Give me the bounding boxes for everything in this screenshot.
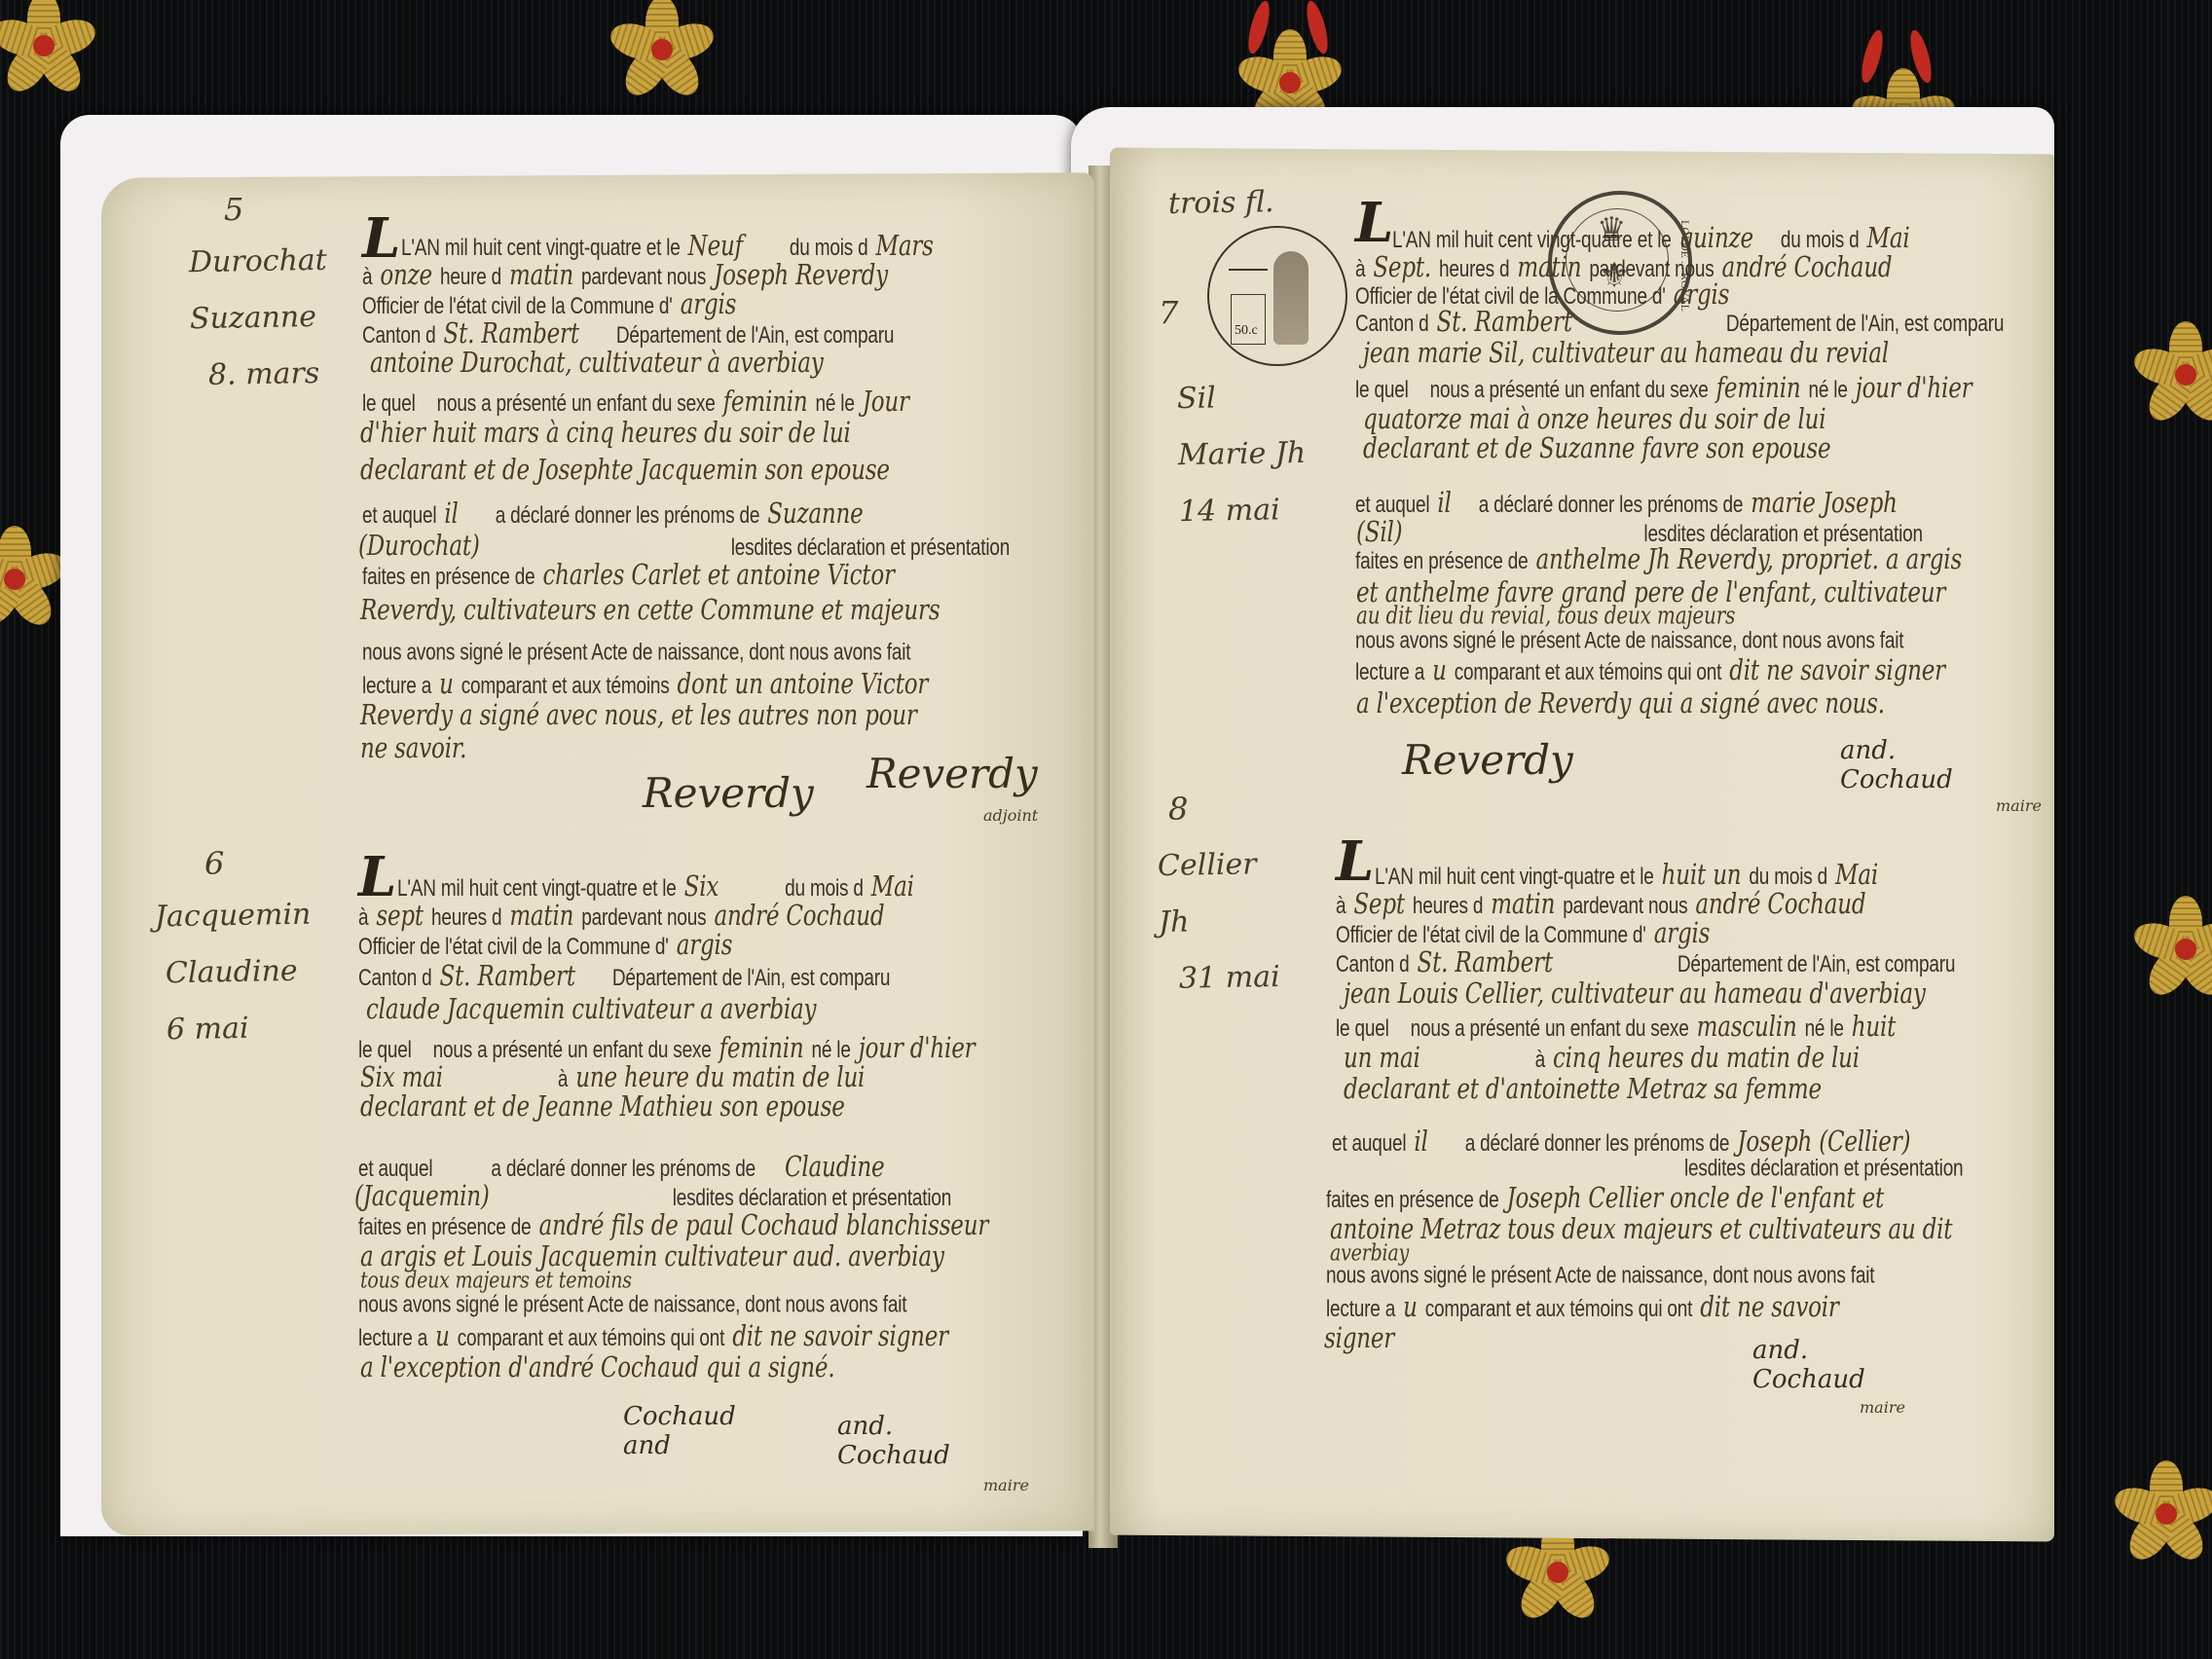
flower-decoration (2132, 896, 2212, 1003)
margin-date: 31 mai (1160, 949, 1281, 1008)
text-line: nous avons signé le présent Acte de nais… (362, 640, 910, 667)
text-line: lesdites déclaration et présentation (1684, 1156, 1963, 1183)
margin-firstname: Marie Jh (1178, 425, 1307, 484)
text-line: L'AN mil huit cent vingt-quatre et leSix… (397, 871, 922, 903)
text-line: nous avons signé le présent Acte de nais… (1355, 628, 1903, 655)
text-line: nous avons signé le présent Acte de nais… (358, 1292, 906, 1319)
text-line: faites en présence deJoseph Cellier oncl… (1326, 1183, 1892, 1215)
act-margin-note: Sil Marie Jh 14 mai (1176, 369, 1307, 540)
header-note: trois fl. (1168, 174, 1275, 233)
text-line: ne savoir. (352, 733, 474, 765)
act-margin-note: Cellier Jh 31 mai (1157, 836, 1280, 1008)
signature: Reverdy (866, 750, 1038, 797)
text-line: declarant et de Josephte Jacquemin son e… (352, 455, 898, 487)
text-line: (Durochat)lesdites déclaration et présen… (350, 531, 1010, 563)
margin-surname: Durochat (188, 233, 327, 291)
text-line: antoine Durochat, cultivateur à averbiay (362, 348, 831, 380)
text-line: et auquela déclaré donner les prénoms de… (358, 1152, 892, 1184)
text-line: d'hier huit mars à cinq heures du soir d… (352, 418, 859, 450)
text-line: claude Jacquemin cultivateur a averbiay (358, 994, 824, 1026)
text-line: Canton dSt. RambertDépartement de l'Ain,… (358, 961, 890, 993)
text-line: un maiàcinq heures du matin de lui (1336, 1043, 1867, 1075)
act-number: 7 (1159, 294, 1178, 331)
text-line: Reverdy, cultivateurs en cette Commune e… (352, 595, 947, 627)
text-line: Officier de l'état civil de la Commune d… (362, 289, 744, 321)
text-line: a l'exception d'andré Cochaud qui a sign… (352, 1352, 842, 1384)
text-line: Six maiàune heure du matin de lui (352, 1062, 872, 1094)
text-line: àseptheures dmatinpardevant nousandré Co… (358, 901, 892, 933)
text-line: lecture aucomparant et aux témoinsdont u… (362, 669, 936, 701)
text-line: declarant et de Suzanne favre son epouse (1355, 433, 1838, 465)
text-line: jean marie Sil, cultivateur au hameau du… (1355, 338, 1897, 370)
signature: Reverdy (643, 769, 814, 817)
text-line: L'AN mil huit cent vingt-quatre et leNeu… (401, 231, 941, 263)
initial-letter: L (1336, 829, 1374, 894)
text-line: lecture aucomparant et aux témoins qui o… (1326, 1292, 1847, 1324)
text-line: quatorze mai à onze heures du soir de lu… (1355, 404, 1833, 436)
text-line: le quelnous a présenté un enfant du sexe… (358, 1033, 982, 1065)
flower-decoration (2132, 321, 2212, 428)
signature: and. Cochaud (1840, 736, 1953, 794)
flower-decoration (608, 0, 716, 103)
margin-date: 6 mai (157, 1000, 313, 1059)
margin-date: 14 mai (1179, 482, 1308, 540)
text-line: faites en présence deanthelme Jh Reverdy… (1355, 544, 1970, 576)
signature-title: maire (983, 1476, 1029, 1494)
margin-firstname: Suzanne (190, 289, 329, 348)
signature: and. Cochaud (1752, 1336, 1865, 1394)
text-line: declarant et de Jeanne Mathieu son epous… (352, 1091, 853, 1124)
text-line: et auquelila déclaré donner les prénoms … (1355, 488, 1905, 520)
text-line: nous avons signé le présent Acte de nais… (1326, 1263, 1874, 1290)
text-line: jean Louis Cellier, cultivateur au hamea… (1336, 978, 1934, 1011)
act-margin-note: Durochat Suzanne 8. mars (188, 233, 329, 404)
text-line: declarant et d'antoinette Metraz sa femm… (1336, 1074, 1829, 1106)
margin-firstname: Claudine (156, 943, 313, 1003)
text-line: Officier de l'état civil de la Commune d… (358, 930, 740, 962)
text-line: Reverdy a signé avec nous, et les autres… (352, 700, 925, 732)
text-line: lecture aucomparant et aux témoins qui o… (1355, 655, 1953, 687)
text-line: tous deux majeurs et temoins (352, 1267, 640, 1295)
text-line: le quelnous a présenté un enfant du sexe… (1336, 1012, 1903, 1044)
text-line: signer (1316, 1323, 1402, 1355)
text-line: et auquelila déclaré donner les prénoms … (1332, 1126, 1918, 1159)
signature: Reverdy (1402, 736, 1573, 784)
text-line: Canton dSt. RambertDépartement de l'Ain,… (362, 318, 894, 350)
text-line: àonzeheure dmatinpardevant nousJoseph Re… (362, 260, 896, 292)
text-line: le quelnous a présenté un enfant du sexe… (1355, 373, 1979, 405)
act-number: 6 (204, 845, 224, 882)
text-line: faites en présence deandré fils de paul … (358, 1210, 996, 1242)
signature-title: maire (1996, 796, 2042, 815)
signature-title: adjoint (983, 806, 1038, 825)
act-number: 8 (1168, 791, 1188, 828)
text-line: au dit lieu du revial, tous deux majeurs (1348, 601, 1743, 631)
margin-surname: Cellier (1157, 836, 1278, 895)
signature-title: maire (1860, 1398, 1905, 1417)
margin-firstname: Jh (1159, 893, 1280, 951)
flower-decoration (0, 0, 97, 99)
text-line: Officier de l'état civil de la Commune d… (1336, 918, 1717, 950)
text-line: Canton dSt. RambertDépartement de l'Ain,… (1336, 947, 1955, 979)
text-line: Canton dSt. RambertDépartement de l'Ain,… (1355, 307, 2004, 339)
fiscal-stamp: 50.c (1207, 226, 1347, 366)
stamp-value: 50.c (1235, 323, 1258, 339)
text-line: lecture aucomparant et aux témoins qui o… (358, 1321, 956, 1353)
text-line: antoine Metraz tous deux majeurs et cult… (1322, 1214, 1960, 1246)
text-line: L'AN mil huit cent vingt-quatre et lequi… (1392, 223, 1918, 255)
text-line: le quelnous a présenté un enfant du sexe… (362, 387, 917, 419)
text-line: L'AN mil huit cent vingt-quatre et lehui… (1375, 860, 1886, 892)
act-number: 5 (224, 191, 243, 228)
margin-surname: Sil (1176, 369, 1305, 427)
text-line: a l'exception de Reverdy qui a signé ave… (1348, 688, 1893, 720)
initial-letter: L (1355, 191, 1393, 255)
text-line: et auquelila déclaré donner les prénoms … (362, 498, 871, 531)
text-line: àSeptheures dmatinpardevant nousandré Co… (1336, 889, 1873, 921)
margin-surname: Jacquemin (154, 887, 311, 946)
flower-decoration (2113, 1460, 2212, 1567)
flower-decoration (0, 526, 68, 633)
act-margin-note: Jacquemin Claudine 6 mai (154, 887, 313, 1059)
signature: Cochaud and (623, 1402, 736, 1460)
text-line: faites en présence decharles Carlet et a… (362, 560, 903, 592)
text-line: (Jacquemin)lesdites déclaration et prése… (347, 1181, 951, 1213)
margin-date: 8. mars (191, 346, 330, 404)
signature: and. Cochaud (837, 1412, 950, 1470)
